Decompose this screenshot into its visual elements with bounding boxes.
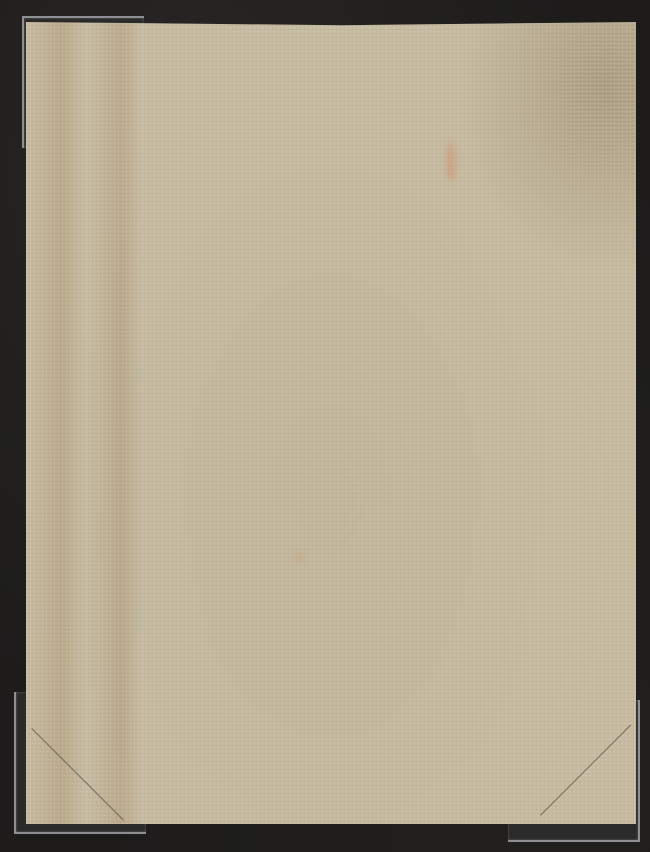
stain-mark: [296, 552, 302, 562]
stain-mark: [446, 142, 456, 182]
card-back: [26, 22, 636, 824]
